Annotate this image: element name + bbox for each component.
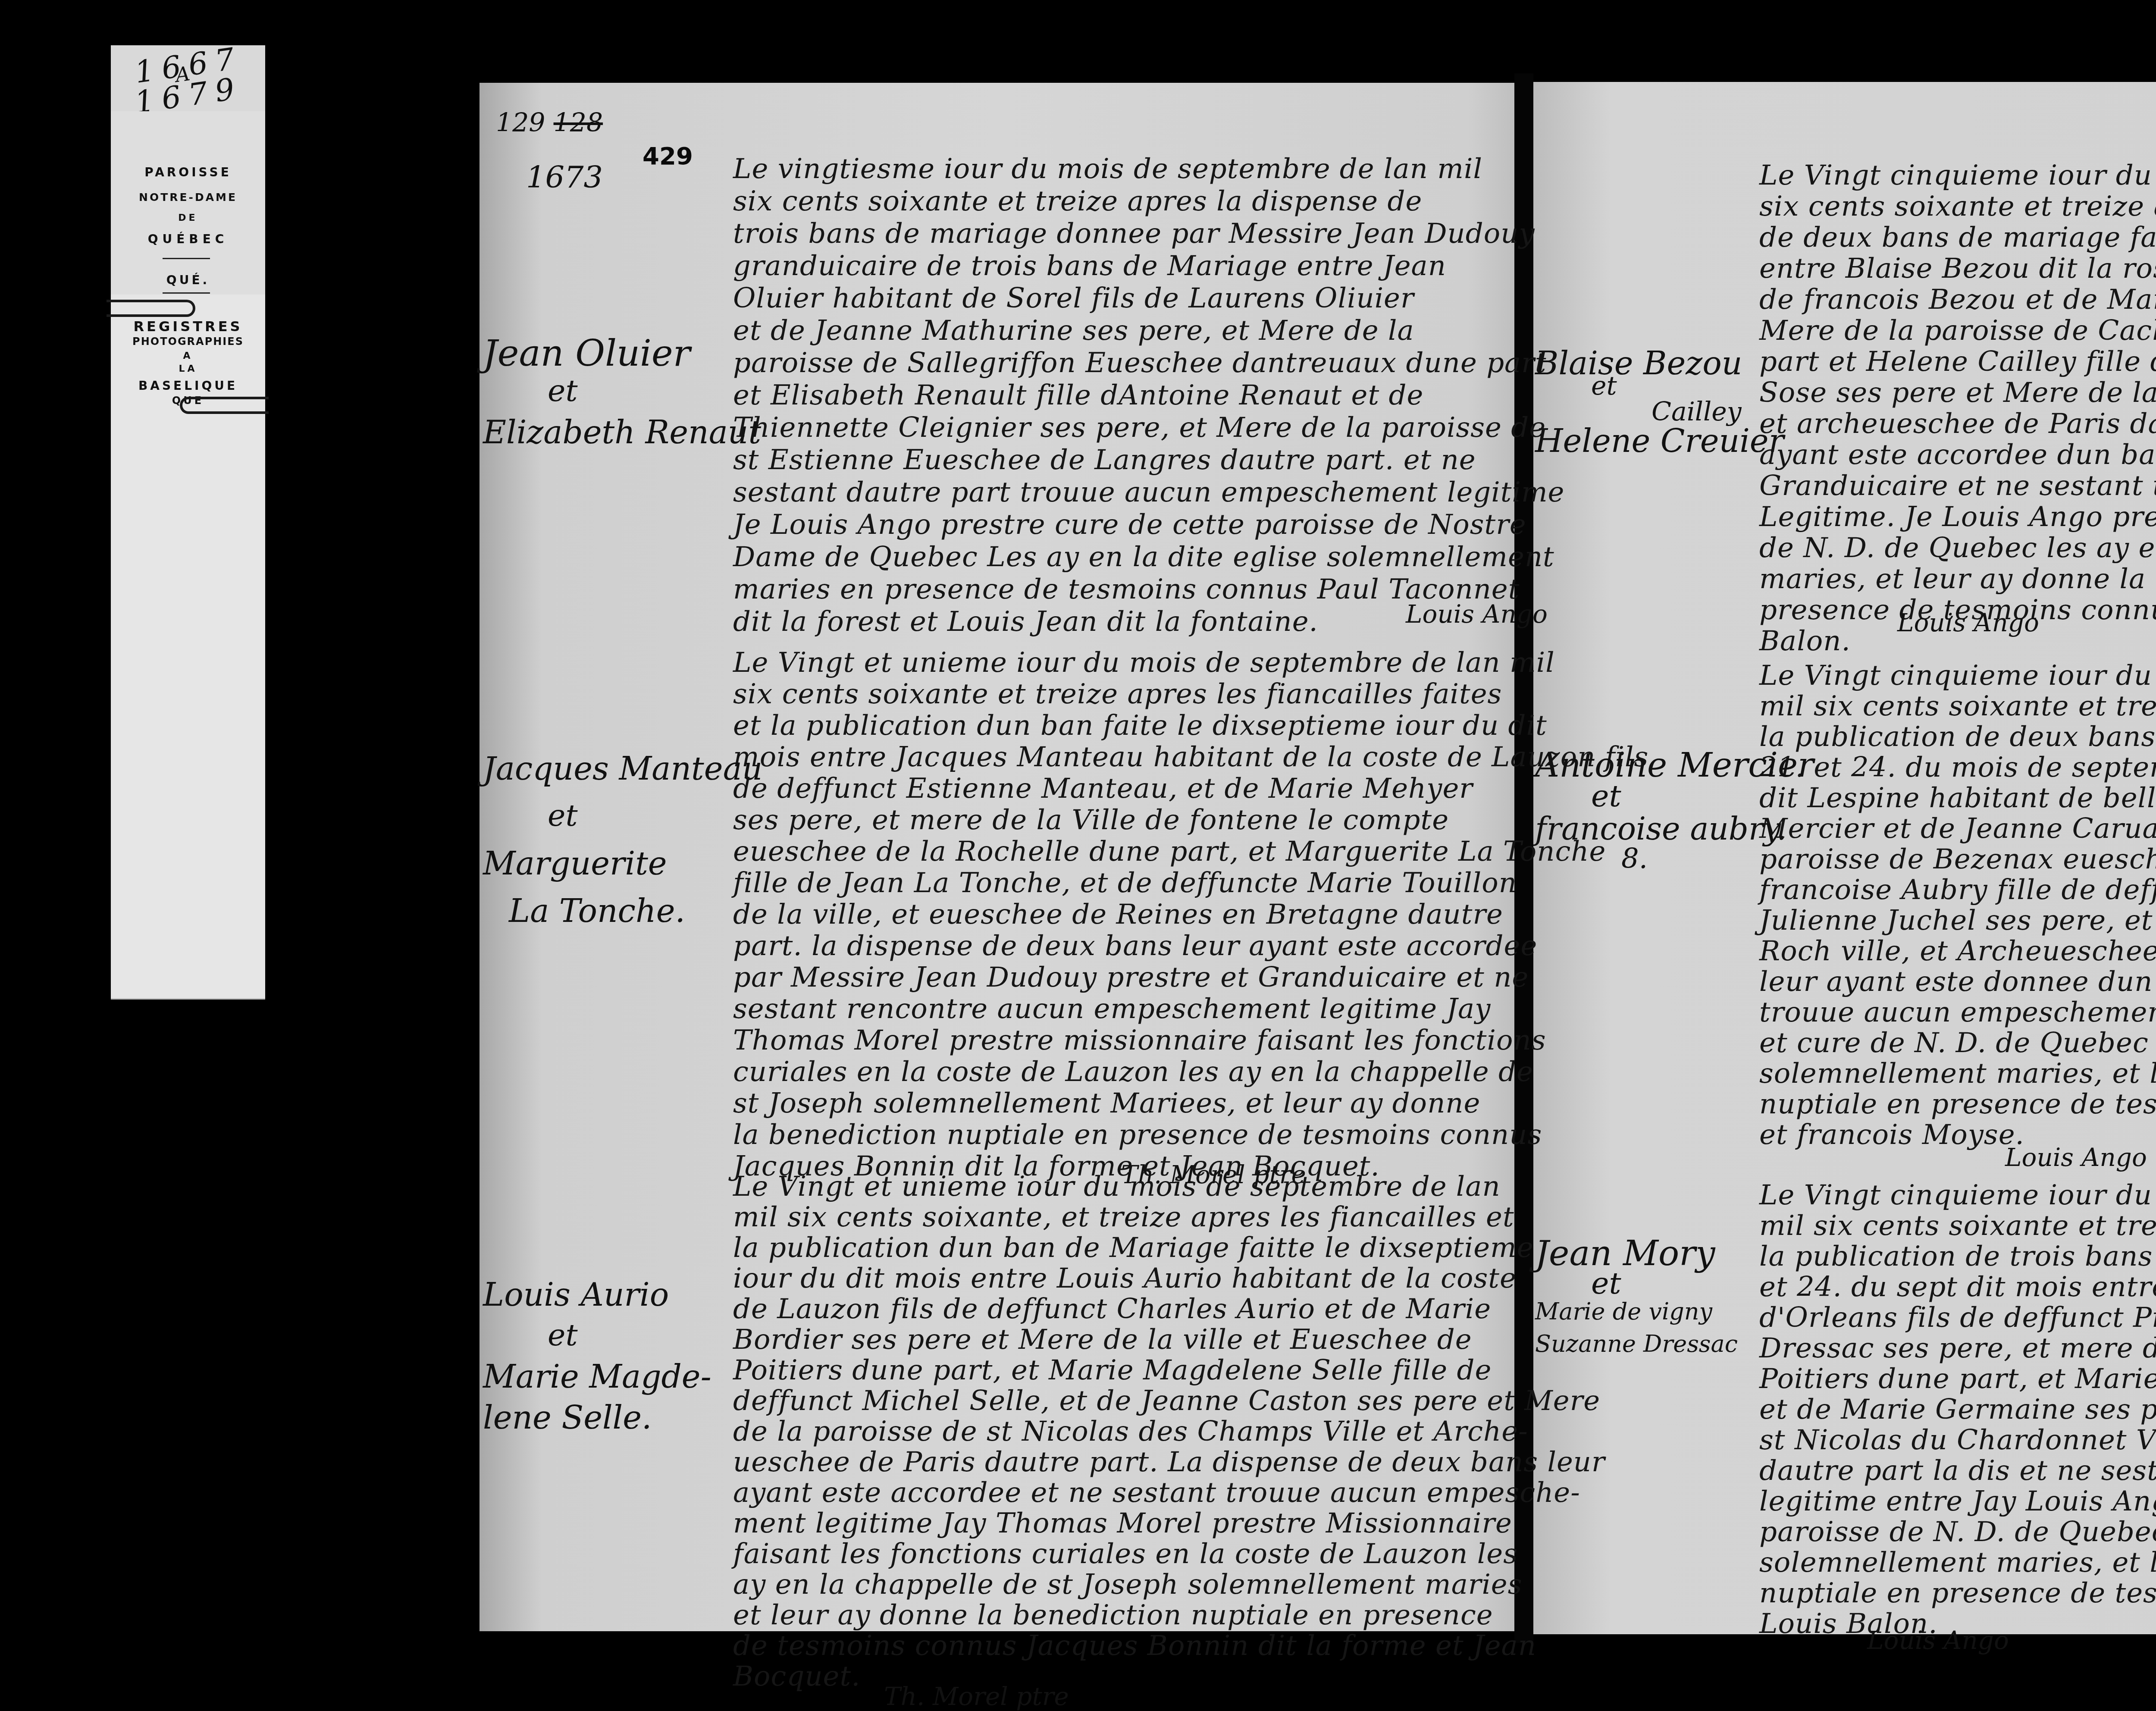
entry-text-line: Dame de Quebec Les ay en la dite eglise …: [733, 541, 1554, 573]
registres-line: LA: [111, 364, 265, 374]
entry-text-line: de deux bans de mariage faitte le 21 et …: [1759, 222, 2156, 254]
entry-text-line: dautre part la dis et ne sestant trouue …: [1759, 1455, 2156, 1487]
entry-text-line: Dressac ses pere, et mere du bourg st Ma…: [1759, 1332, 2156, 1364]
entry-text-line: curiales en la coste de Lauzon les ay en…: [733, 1056, 1533, 1088]
margin-name: francoise aubry.: [1535, 811, 1786, 847]
margin-name: et: [1591, 371, 1617, 401]
entry-text-line: nuptiale en presence de tesmoins connus …: [1759, 1577, 2156, 1609]
stamp-number: 429: [642, 142, 693, 170]
margin-name: lene Selle.: [483, 1399, 652, 1436]
entry-text-line: 21. et 24. du mois de septembre entre An…: [1759, 752, 2156, 783]
entry-text-line: deffunct Michel Selle, et de Jeanne Cast…: [733, 1385, 1600, 1417]
entry-text-line: mil six cents soixante et treize apres l…: [1759, 1210, 2156, 1242]
margin-name: Antoine Mercier: [1535, 746, 1814, 785]
margin-name: et: [1591, 1266, 1621, 1301]
entry-text-line: Le Vingt et unieme iour du mois de septe…: [733, 1171, 1501, 1203]
entry-text-line: et leur ay donne la benediction nuptiale…: [733, 1599, 1493, 1631]
entry-text-line: la publication de deux bans de Mariage f…: [1759, 721, 2156, 753]
entry-text-line: de la ville, et eueschee de Reines en Br…: [733, 899, 1503, 931]
entry-text-line: et Elisabeth Renault fille dAntoine Rena…: [733, 379, 1423, 411]
entry-text-line: leur ayant este donnee dun ban de Mariag…: [1759, 966, 2156, 998]
entry-text-line: paroisse de Bezenax eueschee de Sarlac d…: [1759, 843, 2156, 875]
entry-text-line: Bordier ses pere et Mere de la ville et …: [733, 1324, 1472, 1356]
entry-text-line: ay en la chappelle de st Joseph solemnel…: [733, 1569, 1523, 1601]
signature: Louis Ango: [2005, 1143, 2147, 1172]
entry-text-line: Je Louis Ango prestre cure de cette paro…: [733, 509, 1526, 541]
entry-text-line: faisant les fonctions curiales en la cos…: [733, 1538, 1518, 1570]
parish-line: PAROISSE: [111, 165, 265, 179]
parish-line: DE: [111, 213, 265, 223]
entry-text-line: Le Vingt et unieme iour du mois de septe…: [733, 647, 1555, 679]
entry-text-line: et la publication dun ban faite le dixse…: [733, 710, 1547, 742]
entry-text-line: nuptiale en presence de tesmoins connus …: [1759, 1088, 2156, 1120]
registres-line: REGISTRES: [111, 318, 265, 335]
entry-text-line: Le vingtiesme iour du mois de septembre …: [733, 153, 1482, 185]
margin-name: Marie de vigny: [1535, 1298, 1712, 1325]
entry-text-line: paroisse de Sallegriffon Eueschee dantre…: [733, 347, 1547, 379]
margin-name: Marguerite: [483, 845, 667, 882]
entry-text-line: trois bans de mariage donnee par Messire…: [733, 218, 1535, 250]
folio-number: 129 128: [496, 108, 603, 138]
margin-name: Louis Aurio: [483, 1276, 669, 1313]
margin-name: et: [548, 1317, 578, 1353]
entry-text-line: sestant rencontre aucun empeschement leg…: [733, 993, 1491, 1025]
entry-text-line: et 24. du sept dit mois entre Jean Mory …: [1759, 1271, 2156, 1303]
entry-text-line: granduicaire de trois bans de Mariage en…: [733, 250, 1446, 282]
margin-name: Elizabeth Renaut: [483, 414, 761, 451]
margin-name: La Tonche.: [509, 893, 685, 930]
entry-text-line: maries, et leur ay donne la benediction …: [1759, 563, 2156, 595]
entry-text-line: Poitiers dune part, et Marie Magdelene S…: [733, 1354, 1492, 1386]
entry-text-line: ayant este accordee dun ban par Messire …: [1759, 439, 2156, 471]
archive-label-card: 1667 A 1679 PAROISSE NOTRE-DAME DE QUÉBE…: [111, 45, 265, 998]
entry-text-line: Oluier habitant de Sorel fils de Laurens…: [733, 282, 1414, 314]
entry-text-line: dit Lespine habitant de bellechasse fils…: [1759, 782, 2156, 814]
margin-name: Marie Magde-: [483, 1358, 711, 1395]
entry-text-line: solemnellement maries, et leur ay donne …: [1759, 1547, 2156, 1579]
entry-text-line: ueschee de Paris dautre part. La dispens…: [733, 1446, 1605, 1478]
entry-text-line: Roch ville, et Archeueschee de Paris dau…: [1759, 935, 2156, 967]
entry-text-line: et de Marie Germaine ses pere et Mere de…: [1759, 1394, 2156, 1426]
entry-text-line: eueschee de la Rochelle dune part, et Ma…: [733, 836, 1606, 868]
entry-text-line: Sose ses pere et Mere de la paroisse de …: [1759, 377, 2156, 409]
entry-text-line: ses pere, et mere de la Ville de fontene…: [733, 804, 1449, 836]
entry-text-line: legitime entre Jay Louis Ango prestre, e…: [1759, 1485, 2156, 1517]
entry-text-line: Le Vingt cinquieme iour du mois de septe…: [1759, 1179, 2156, 1211]
margin-name: Jacques Manteau: [483, 750, 762, 787]
entry-text-line: mois entre Jacques Manteau habitant de l…: [733, 741, 1648, 773]
entry-text-line: paroisse de N. D. de Quebec les ay en la…: [1759, 1516, 2156, 1548]
entry-text-line: la benediction nuptiale en presence de t…: [733, 1119, 1542, 1151]
entry-text-line: Bocquet.: [733, 1661, 861, 1692]
entry-text-line: de la paroisse de st Nicolas des Champs …: [733, 1416, 1528, 1448]
entry-text-line: six cents soixante et treize apres la di…: [733, 185, 1422, 217]
entry-text-line: part. la dispense de deux bans leur ayan…: [733, 930, 1537, 962]
margin-name: et: [1591, 778, 1621, 814]
entry-text-line: st Joseph solemnellement Mariees, et leu…: [733, 1087, 1480, 1119]
entry-text-line: de tesmoins connus Jacques Bonnin dit la…: [733, 1630, 1536, 1662]
entry-text-line: et de Jeanne Mathurine ses pere, et Mere…: [733, 315, 1414, 347]
entry-text-line: Mere de la paroisse de Cachot Eueschee d…: [1759, 315, 2156, 347]
margin-name: Helene Creuier: [1535, 423, 1784, 460]
signature: Louis Ango: [1406, 599, 1548, 629]
province-label: QUÉ.: [111, 273, 265, 287]
entry-text-line: part et Helene Cailley fille de Piere Ca…: [1759, 346, 2156, 378]
entry-text-line: mil six cents soixante, et treize apres …: [733, 1201, 1514, 1233]
entry-text-line: francoise Aubry fille de deffunct Louis …: [1759, 874, 2156, 906]
entry-text-line: iour du dit mois entre Louis Aurio habit…: [733, 1263, 1517, 1294]
entry-text-line: six cents soixante et treize apres les f…: [1759, 191, 2156, 222]
margin-name: Suzanne Dressac: [1535, 1330, 1738, 1357]
entry-text-line: et archeueschee de Paris dautre part, La…: [1759, 408, 2156, 440]
entry-text-line: Granduicaire et ne sestant trouue aucun …: [1759, 470, 2156, 502]
entry-text-line: Le Vingt cinquieme iour du mois de septe…: [1759, 660, 2156, 692]
parish-line: QUÉBEC: [111, 232, 265, 246]
registres-line: A: [111, 351, 265, 361]
entry-text-line: d'Orleans fils de deffunct Piere Mory ha…: [1759, 1302, 2156, 1334]
entry-text-line: de Lauzon fils de deffunct Charles Aurio…: [733, 1293, 1491, 1325]
parish-label: PAROISSE NOTRE-DAME DE QUÉBEC QUÉ.: [111, 111, 265, 296]
entry-text-line: fille de Jean La Tonche, et de deffuncte…: [733, 867, 1517, 899]
entry-text-line: et francois Moyse.: [1759, 1119, 2024, 1151]
entry-text-line: par Messire Jean Dudouy prestre et Grand…: [733, 962, 1529, 993]
entry-text-line: mil six cents soixante et treize apres l…: [1759, 690, 2156, 722]
entry-text-line: entre Blaise Bezou dit la rose habitant …: [1759, 253, 2156, 285]
entry-text-line: st Estienne Eueschee de Langres dautre p…: [733, 444, 1476, 476]
entry-text-line: dit la forest et Louis Jean dit la fonta…: [733, 606, 1318, 638]
year-range-strip: 1667 A 1679: [111, 45, 265, 113]
entry-text-line: Mercier et de Jeanne Caruais ses pere et…: [1759, 813, 2156, 845]
signature: Louis Ango: [1867, 1626, 2009, 1655]
entry-text-line: Thiennette Cleignier ses pere, et Mere d…: [733, 412, 1546, 444]
entry-text-line: trouue aucun empeschement legitime. Je L…: [1759, 997, 2156, 1028]
divider: [163, 258, 210, 259]
margin-name: Blaise Bezou: [1535, 345, 1742, 382]
signature: Th. Morel ptre: [884, 1682, 1069, 1711]
paperclip-icon: [107, 300, 195, 317]
entry-text-line: maries en presence de tesmoins connus Pa…: [733, 573, 1520, 605]
parish-line: NOTRE-DAME: [111, 191, 265, 204]
entry-text-line: Le Vingt cinquieme iour du mois de septe…: [1759, 160, 2156, 191]
registres-line: PHOTOGRAPHIES: [111, 335, 265, 348]
margin-name: et: [548, 798, 578, 833]
margin-name: Jean Oluier: [483, 332, 690, 374]
registres-line: BASELIQUE: [111, 379, 265, 393]
entry-text-line: sestant dautre part trouue aucun empesch…: [733, 476, 1564, 508]
entry-text-line: de deffunct Estienne Manteau, et de Mari…: [733, 773, 1473, 805]
signature: Louis Ango: [1897, 608, 2039, 637]
entry-text-line: la publication de trois bans de Mariage …: [1759, 1241, 2156, 1272]
margin-name: 8.: [1621, 843, 1648, 875]
page-year: 1673: [526, 160, 603, 195]
entry-text-line: de N. D. de Quebec les ay en la dite egl…: [1759, 532, 2156, 564]
entry-text-line: Julienne Juchel ses pere, et Mere de la …: [1759, 905, 2156, 937]
entry-text-line: la publication dun ban de Mariage faitte…: [733, 1232, 1534, 1264]
entry-text-line: st Nicolas du Chardonnet Ville, et Arche…: [1759, 1424, 2156, 1456]
divider: [163, 292, 210, 294]
paperclip-icon: [180, 397, 269, 414]
margin-name: Jean Mory: [1535, 1233, 1715, 1273]
entry-text-line: Balon.: [1759, 625, 1851, 657]
entry-text-line: solemnellement maries, et leur ay donne …: [1759, 1058, 2156, 1090]
entry-text-line: de francois Bezou et de Marguerite Creui…: [1759, 284, 2156, 316]
entry-text-line: six cents soixante et treize apres les f…: [733, 678, 1502, 710]
entry-text-line: Poitiers dune part, et Marie De Vigny fi…: [1759, 1363, 2156, 1395]
entry-text-line: Thomas Morel prestre missionnaire faisan…: [733, 1025, 1546, 1056]
entry-text-line: et cure de N. D. de Quebec les ay en la …: [1759, 1027, 2156, 1059]
entry-text-line: Legitime. Je Louis Ango prestre et Cure …: [1759, 501, 2156, 533]
entry-text-line: ment legitime Jay Thomas Morel prestre M…: [733, 1507, 1512, 1539]
entry-text-line: ayant este accordee et ne sestant trouue…: [733, 1477, 1580, 1509]
margin-name: et: [548, 373, 578, 408]
